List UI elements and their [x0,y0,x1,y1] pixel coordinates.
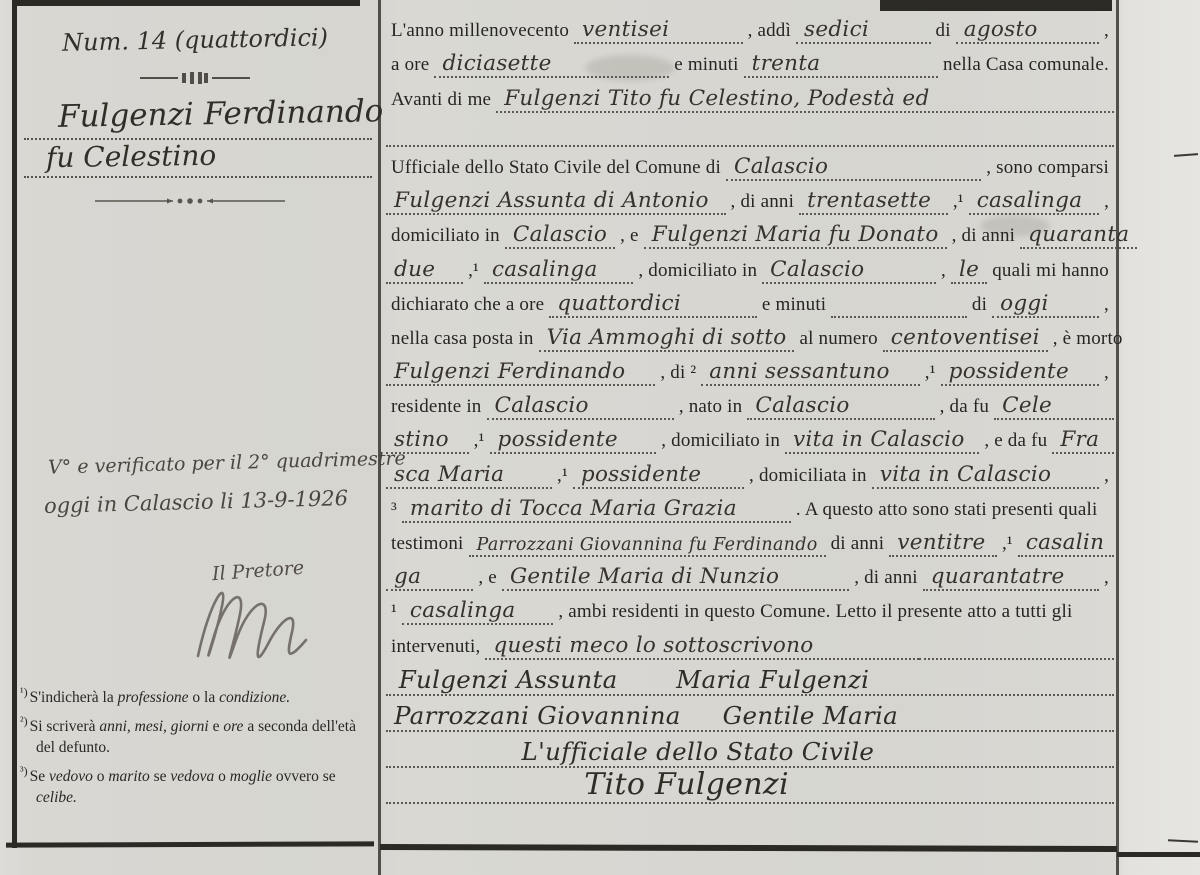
act-line-4 [386,113,1114,147]
handwritten-entry: possidente [490,427,657,454]
printed-form-text: , è morto [1048,328,1128,352]
act-line-13: stino,¹possidente, domiciliato invita in… [386,420,1114,454]
act-line-11: Fulgenzi Ferdinando, di ²anni sessantuno… [386,352,1114,386]
handwritten-entry: le [951,257,987,284]
ornament-divider-icon [95,194,285,208]
footnote-text: celibe. [36,789,77,806]
handwritten-entry: possidente [573,462,744,489]
spacer [626,660,669,694]
blank-dotted-line [919,625,1114,659]
footnote-text: S'indicherà la [30,689,118,706]
act-number: Num. 14 (quattordici) [30,23,361,58]
act-line-19: intervenuti,questi meco lo sottoscrivono [386,625,1114,659]
handwritten-entry: marito di Tocca Maria Grazia [402,496,791,523]
spacer [877,660,1114,694]
printed-form-text: dichiarato che a ore [386,294,549,318]
handwritten-entry: Fulgenzi Tito fu Celestino, Podestà ed [496,86,1114,113]
printed-form-text: e minuti [669,54,743,78]
handwritten-entry: Calascio [505,222,615,249]
act-line-7: domiciliato inCalascio, eFulgenzi Maria … [386,215,1114,249]
act-line-9: dichiarato che a orequattordicie minutid… [386,284,1114,318]
act-line-5: Ufficiale dello Stato Civile del Comune … [386,147,1114,181]
act-bottom-rule-edge [1117,852,1200,857]
spacer [689,696,715,730]
handwritten-entry: casalinga [969,188,1099,215]
printed-form-text: quali mi hanno [987,260,1114,284]
act-line-22: L'ufficiale dello Stato Civile [386,732,1114,768]
margin-dotted-line [24,176,372,178]
printed-form-text: , [1099,465,1114,489]
right-margin-rule [1116,0,1119,875]
printed-form-text: , ambi residenti in questo Comune. Letto… [553,601,1077,625]
printed-form-text: , [1099,294,1114,318]
act-line-6: Fulgenzi Assunta di Antonio, di annitren… [386,181,1114,215]
footnote-text: Si scriverà [30,718,100,735]
handwritten-entry: Calascio [487,393,674,420]
printed-form-text: ¹ [386,601,402,625]
footnote-text: e [209,718,224,735]
handwritten-entry: trentasette [799,188,948,215]
printed-form-text: , domiciliato in [656,430,785,454]
act-line-18: ¹casalinga, ambi residenti in questo Com… [386,591,1114,625]
handwritten-entry: Calascio [747,393,934,420]
spacer [797,768,1114,802]
handwritten-entry: Calascio [726,154,981,181]
printed-form-text: intervenuti, [386,636,485,660]
handwritten-entry: L'ufficiale dello Stato Civile [514,737,883,766]
handwritten-entry: casalinga [484,257,633,284]
printed-form-text: L'anno millenovecento [386,20,574,44]
spacer [906,696,1114,730]
printed-form-text: ,¹ [463,260,484,284]
handwritten-entry: Fra [1052,427,1114,454]
handwritten-entry: ventisei [574,17,743,44]
footnote-text: o [214,768,230,785]
handwritten-entry: Parrozzani Giovannina [386,701,689,730]
printed-form-text: , [1099,20,1114,44]
page-edge-tick-bottom-icon [1168,839,1198,843]
handwritten-entry: due [386,257,463,284]
act-line-1: L'anno millenovecentoventisei, addìsedic… [386,10,1114,44]
verification-note-line2: oggi in Calascio li 13-9-1926 [44,486,349,518]
printed-form-text: ³ [386,499,402,523]
printed-form-text: di anni [826,533,890,557]
act-line-21: Parrozzani GiovanninaGentile Maria [386,696,1114,732]
printed-form-text: , di ² [655,362,701,386]
printed-form-text: ,¹ [948,191,969,215]
printed-form-text: e minuti [757,294,831,318]
footnote-3: ³)Se vedovo o marito se vedova o moglie … [20,763,358,809]
footnote-text: ore [223,718,243,735]
footnote-text: Se [30,768,49,785]
handwritten-entry: ga [386,564,473,591]
handwritten-entry: vita in Calascio [785,427,979,454]
margin-deceased-name: Fulgenzi Ferdinando [58,93,384,135]
printed-form-text: , [1099,362,1114,386]
footnote-text: moglie [230,768,272,785]
printed-form-text: domiciliato in [386,225,505,249]
act-line-15: ³marito di Tocca Maria Grazia. A questo … [386,489,1114,523]
handwritten-entry: quarantatre [923,564,1099,591]
blank-dotted-line [831,284,967,318]
printed-form-text: di [967,294,992,318]
printed-form-text: al numero [794,328,882,352]
handwritten-entry: casalinga [402,598,553,625]
act-line-17: ga, eGentile Maria di Nunzio, di anniqua… [386,557,1114,591]
blank-dotted-line [386,113,1114,147]
footnote-marker: ³) [20,764,28,778]
printed-form-text: , e [473,567,502,591]
handwritten-entry: oggi [992,291,1099,318]
printed-form-text: nella Casa comunale. [938,54,1114,78]
printed-form-text: , addì [743,20,796,44]
footnote-2: ²)Si scriverà anni, mesi, giorni e ore a… [20,713,358,759]
handwritten-entry: Cele [994,393,1114,420]
handwritten-entry: Via Ammoghi di sotto [539,325,795,352]
handwritten-entry: vita in Calascio [872,462,1099,489]
handwritten-entry: anni sessantuno [701,359,920,386]
printed-form-text: , domiciliata in [744,465,872,489]
footnote-text: se [150,768,171,785]
printed-form-text: ,¹ [920,362,941,386]
printed-form-text: , di anni [947,225,1021,249]
act-body: L'anno millenovecentoventisei, addìsedic… [386,10,1114,804]
printed-form-text: , nato in [674,396,748,420]
printed-form-text: nella casa posta in [386,328,539,352]
printed-form-text: , [936,260,951,284]
handwritten-entry: trenta [744,51,938,78]
handwritten-entry: Fulgenzi Assunta [391,665,626,694]
act-line-20: Fulgenzi AssuntaMaria Fulgenzi [386,660,1114,696]
handwritten-entry: Fulgenzi Ferdinando [386,359,655,386]
spacer [882,732,1114,766]
printed-form-text: , e [615,225,644,249]
printed-form-text: Avanti di me [386,89,496,113]
act-line-23: Tito Fulgenzi [386,768,1114,804]
footnotes-block: ¹)S'indicherà la professione o la condiz… [20,684,358,813]
printed-form-text: a ore [386,54,434,78]
handwritten-entry: sedici [796,17,931,44]
handwritten-entry: possidente [941,359,1099,386]
handwritten-entry: centoventisei [883,325,1048,352]
printed-form-text: testimoni [386,533,469,557]
footnote-text: vedovo [49,768,93,785]
footnote-text: marito [108,768,149,785]
footnote-text: o [93,768,109,785]
page-edge-tick-icon [1174,153,1198,157]
printed-form-text: ,¹ [552,465,573,489]
handwritten-entry: Fulgenzi Maria fu Donato [644,222,947,249]
spacer [386,732,514,766]
handwritten-entry: Fulgenzi Assunta di Antonio [386,188,726,215]
handwritten-entry: Gentile Maria [715,701,906,730]
printed-form-text: , [1099,191,1114,215]
handwritten-entry: stino [386,427,469,454]
printed-form-text: , di anni [849,567,923,591]
printed-form-text: . A questo atto sono stati presenti qual… [791,499,1103,523]
act-line-14: sca Maria,¹possidente, domiciliata invit… [386,454,1114,488]
act-line-12: residente inCalascio, nato inCalascio, d… [386,386,1114,420]
ornament-divider-icon [140,70,250,86]
footnote-text: professione [118,689,189,706]
handwritten-entry: Calascio [762,257,936,284]
handwritten-entry: Tito Fulgenzi [576,767,797,802]
printed-form-text: Ufficiale dello Stato Civile del Comune … [386,157,726,181]
printed-form-text: , [1099,567,1114,591]
printed-form-text: , e da fu [979,430,1052,454]
death-record-scan: Num. 14 (quattordici) Fulgenzi Ferdinand… [0,0,1200,875]
verification-note-line1: V° e verificato per il 2° quadrimestre [48,447,406,478]
footnote-marker: ¹) [20,685,28,699]
printed-form-text: ,¹ [997,533,1018,557]
printed-form-text: , di anni [726,191,800,215]
footnote-text: anni, mesi, giorni [99,718,208,735]
handwritten-entry: questi meco lo sottoscrivono [485,633,919,660]
printed-form-text: residente in [386,396,487,420]
act-line-16: testimoniParrozzani Giovannina fu Ferdin… [386,523,1114,557]
act-line-8: due,¹casalinga, domiciliato inCalascio,l… [386,249,1114,283]
printed-form-text: ,¹ [469,430,490,454]
act-bottom-rule [380,844,1117,852]
handwritten-entry: quaranta [1020,222,1137,249]
printed-form-text: , domiciliato in [633,260,762,284]
footnote-text: condizione. [219,689,290,706]
handwritten-entry: Parrozzani Giovannina fu Ferdinando [469,535,826,557]
handwritten-entry: sca Maria [386,462,552,489]
printed-form-text: , da fu [935,396,994,420]
handwritten-entry: Maria Fulgenzi [668,665,877,694]
footnote-marker: ²) [20,714,28,728]
printed-form-text: di [931,20,956,44]
spacer [386,768,576,802]
footnote-text: vedova [170,768,214,785]
margin-column: Num. 14 (quattordici) Fulgenzi Ferdinand… [0,0,380,875]
handwritten-entry: Gentile Maria di Nunzio [502,564,849,591]
handwritten-entry: ventitre [889,530,997,557]
printed-form-text: , sono comparsi [981,157,1114,181]
pretore-signature-flourish-icon [160,570,350,690]
act-line-10: nella casa posta inVia Ammoghi di sottoa… [386,318,1114,352]
handwritten-entry: diciasette [434,51,669,78]
handwritten-entry: agosto [956,17,1099,44]
footnote-text: ovvero se [272,768,336,785]
act-line-3: Avanti di meFulgenzi Tito fu Celestino, … [386,78,1114,112]
footnote-1: ¹)S'indicherà la professione o la condiz… [20,684,358,709]
handwritten-entry: casalin [1018,530,1114,557]
handwritten-entry: quattordici [549,291,757,318]
margin-deceased-patronymic: fu Celestino [46,139,217,174]
act-line-2: a orediciasettee minutitrentanella Casa … [386,44,1114,78]
footnote-text: o la [189,689,220,706]
